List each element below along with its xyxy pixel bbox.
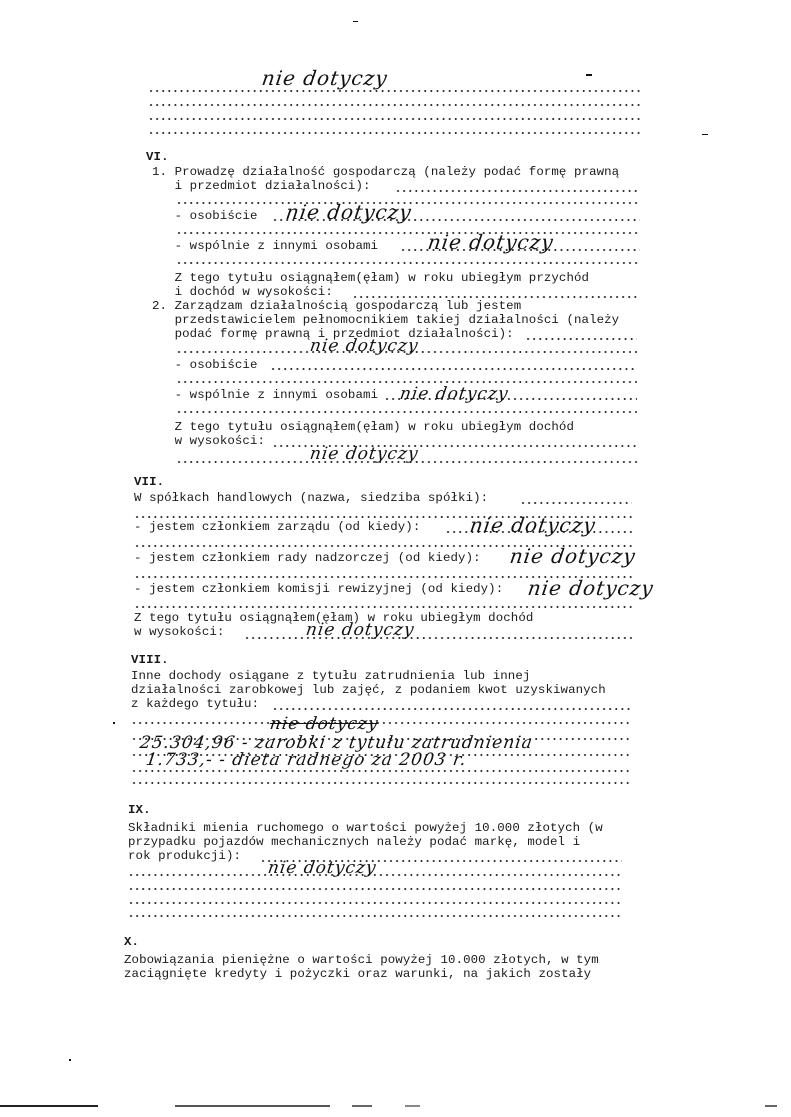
dotted-line bbox=[176, 411, 637, 413]
vi-item2-joint-label: - wspólnie z innymi osobami bbox=[152, 388, 386, 402]
dotted-line bbox=[131, 722, 630, 724]
handwritten-not-applicable: nie dotyczy bbox=[305, 620, 416, 640]
dotted-line bbox=[148, 132, 642, 134]
handwritten-income-entry-2: 1.733,- - dieta radnego za 2003 r. bbox=[145, 750, 468, 770]
scan-artifact bbox=[353, 21, 358, 22]
vi-item2-line1: 2. Zarządzam działalnością gospodarczą l… bbox=[152, 299, 521, 313]
dotted-line bbox=[128, 915, 622, 917]
handwritten-not-applicable: nie dotyczy bbox=[399, 384, 510, 404]
dotted-line bbox=[148, 90, 642, 92]
viii-line3: z każdego tytułu: bbox=[131, 697, 267, 711]
vii-income-line2: w wysokości: bbox=[134, 625, 232, 639]
vii-supervisory-label: - jestem członkiem rady nadzorczej (od k… bbox=[134, 551, 488, 565]
dotted-line bbox=[272, 708, 630, 710]
dotted-line bbox=[395, 190, 640, 192]
scan-bottom-edge bbox=[0, 1105, 791, 1108]
dotted-line bbox=[134, 606, 632, 608]
dotted-line bbox=[270, 368, 637, 370]
scan-artifact bbox=[702, 134, 708, 135]
vi-item1-line2: i przedmiot działalności): bbox=[152, 179, 378, 193]
section-x-header: X. bbox=[124, 935, 139, 949]
vi-item2-line2: przedstawicielem pełnomocnikiem takiej d… bbox=[152, 313, 619, 327]
vi-item1-joint-label: - wspólnie z innymi osobami bbox=[152, 239, 386, 253]
vi-item1-income-line2: i dochód w wysokości: bbox=[152, 285, 340, 299]
handwritten-not-applicable: nie dotyczy bbox=[508, 544, 637, 568]
scanned-document-page: nie dotyczy VI. 1. Prowadzę działalność … bbox=[0, 0, 791, 1117]
section-ix-header: IX. bbox=[128, 803, 151, 817]
vi-item2-income-line1: Z tego tytułu osiągnąłem(ęłam) w roku ub… bbox=[152, 420, 574, 434]
dotted-line bbox=[520, 502, 632, 504]
viii-line1: Inne dochody osiągane z tytułu zatrudnie… bbox=[131, 669, 530, 683]
scan-artifact bbox=[113, 722, 115, 724]
dotted-line bbox=[128, 902, 622, 904]
ix-line1: Składniki mienia ruchomego o wartości po… bbox=[128, 821, 603, 835]
dotted-line bbox=[176, 232, 640, 234]
vi-item1-income-line1: Z tego tytułu osiągnąłem(ęłam) w roku ub… bbox=[152, 271, 589, 285]
dotted-line bbox=[352, 296, 640, 298]
dotted-line bbox=[244, 637, 632, 639]
dotted-line bbox=[525, 338, 637, 340]
x-line2: zaciągnięte kredyty i pożyczki oraz waru… bbox=[124, 967, 591, 981]
handwritten-not-applicable: nie dotyczy bbox=[468, 513, 597, 537]
handwritten-not-applicable: nie dotyczy bbox=[426, 230, 555, 254]
section-vi-header: VI. bbox=[146, 150, 169, 164]
handwritten-not-applicable: nie dotyczy bbox=[526, 576, 655, 600]
vi-item1-line1: 1. Prowadzę działalność gospodarczą (nal… bbox=[152, 165, 619, 179]
ix-line3: rok produkcji): bbox=[128, 849, 249, 863]
handwritten-not-applicable: nie dotyczy bbox=[267, 858, 378, 878]
handwritten-crossed-out-not-applicable: nie dotyczy bbox=[269, 714, 380, 734]
dotted-line bbox=[176, 262, 640, 264]
vii-board-label: - jestem członkiem zarządu (od kiedy): bbox=[134, 520, 428, 534]
handwritten-not-applicable: nie dotyczy bbox=[260, 66, 389, 90]
vi-item1-personal-label: - osobiście bbox=[152, 209, 265, 223]
handwritten-not-applicable: nie dotyczy bbox=[309, 336, 420, 356]
ix-line2: przypadku pojazdów mechanicznych należy … bbox=[128, 835, 580, 849]
vii-intro: W spółkach handlowych (nazwa, siedziba s… bbox=[134, 491, 496, 505]
dotted-line bbox=[176, 381, 637, 383]
section-vii-header: VII. bbox=[134, 475, 164, 489]
vii-audit-label: - jestem członkiem komisji rewizyjnej (o… bbox=[134, 582, 511, 596]
dotted-line bbox=[128, 888, 622, 890]
dotted-line bbox=[148, 104, 642, 106]
vi-item2-personal-label: - osobiście bbox=[152, 358, 265, 372]
dotted-line bbox=[131, 782, 630, 784]
handwritten-not-applicable: nie dotyczy bbox=[309, 444, 420, 464]
x-line1: Zobowiązania pieniężne o wartości powyże… bbox=[124, 953, 599, 967]
dotted-line bbox=[131, 770, 630, 772]
dotted-line bbox=[148, 118, 642, 120]
vi-item2-income-line2: w wysokości: bbox=[152, 434, 273, 448]
scan-artifact bbox=[586, 74, 592, 76]
handwritten-not-applicable: nie dotyczy bbox=[284, 200, 413, 224]
section-viii-header: VIII. bbox=[131, 653, 169, 667]
viii-line2: działalności zarobkowej lub zajęć, z pod… bbox=[131, 683, 606, 697]
scan-artifact bbox=[69, 1059, 71, 1061]
